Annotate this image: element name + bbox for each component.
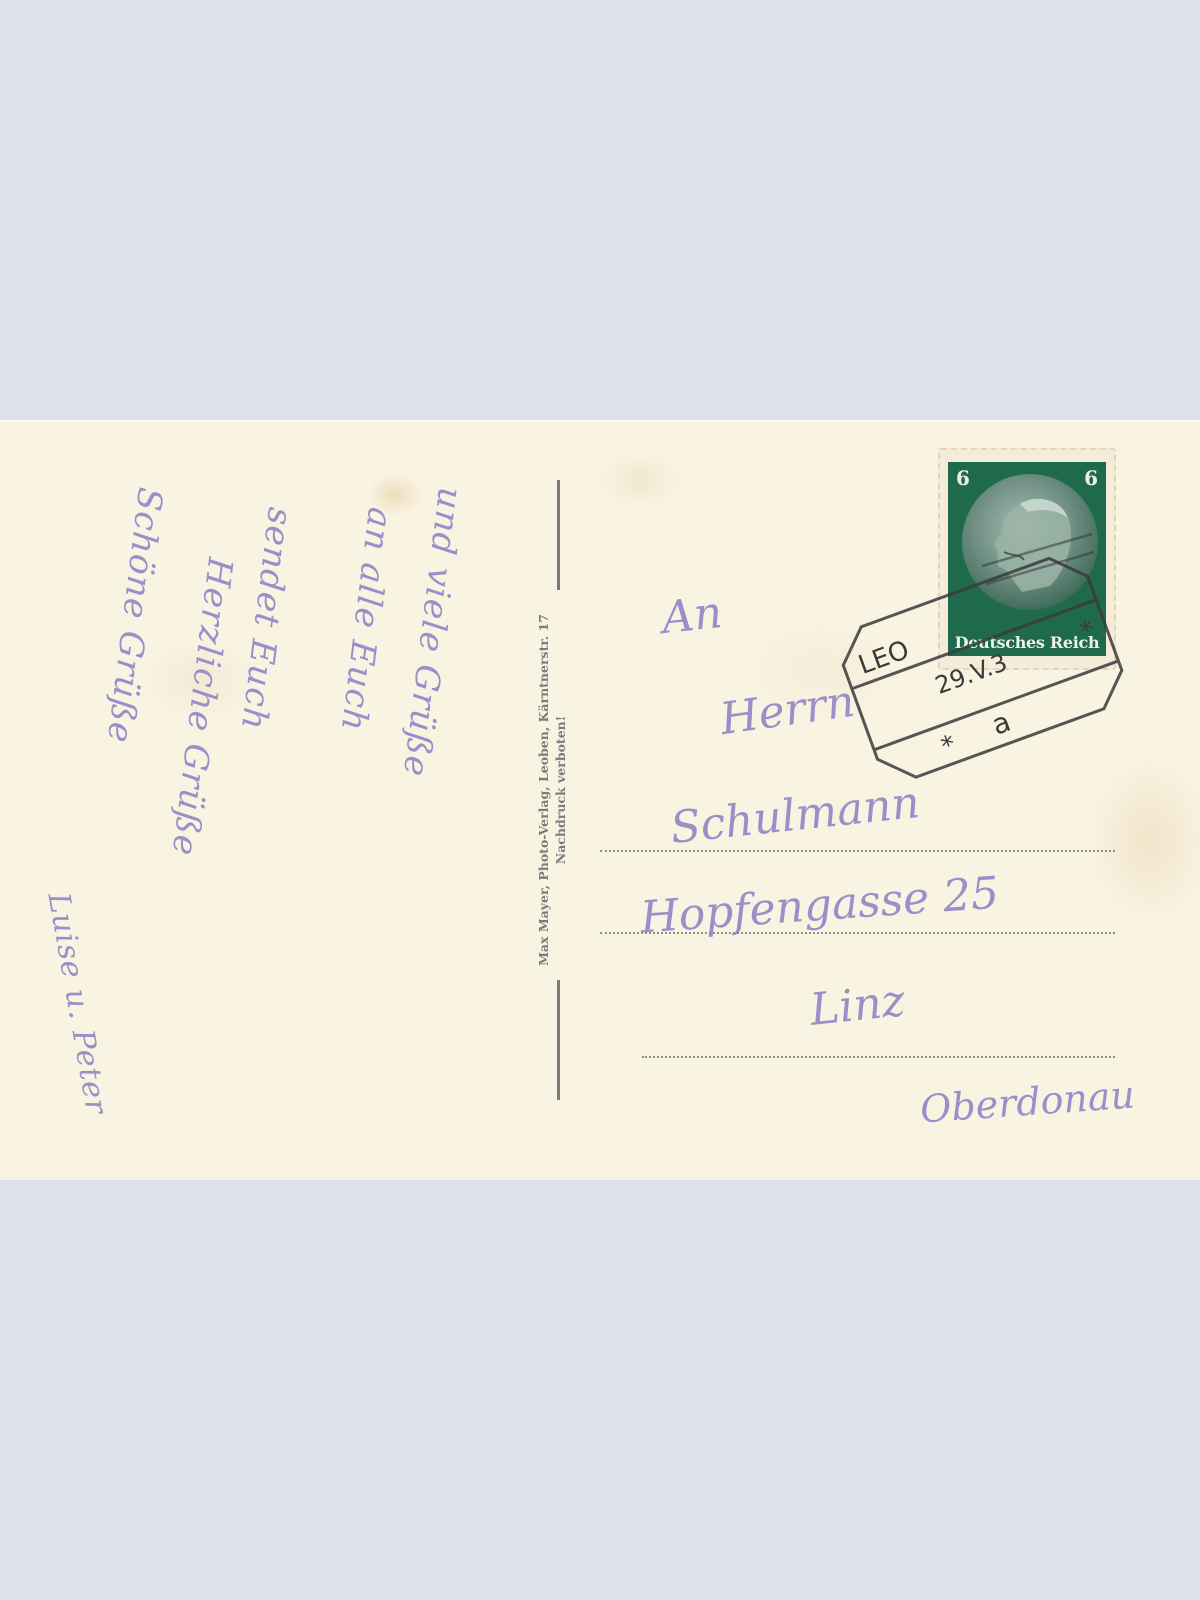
postage-stamp: 6 6 Deutsches Reich bbox=[938, 448, 1116, 670]
imprint-publisher: Max Mayer, Photo-Verlag, Leoben, Kärntne… bbox=[535, 614, 552, 966]
address-title: Herrn bbox=[717, 676, 858, 745]
message-line: Schöne Grüße bbox=[99, 485, 170, 746]
address-city: Linz bbox=[808, 975, 908, 1036]
imprint-divider bbox=[557, 480, 560, 590]
message-line: an alle Euch bbox=[333, 505, 400, 734]
postmark-star-icon: * bbox=[938, 730, 960, 763]
stamp-face: 6 6 Deutsches Reich bbox=[948, 462, 1106, 656]
postcard: Schöne Grüße sendet Euch Herzliche Grüße… bbox=[0, 420, 1200, 1180]
imprint-divider bbox=[557, 980, 560, 1100]
portrait-medallion-icon bbox=[962, 474, 1098, 610]
publisher-imprint: Max Mayer, Photo-Verlag, Leoben, Kärntne… bbox=[527, 480, 577, 1100]
stamp-caption: Deutsches Reich bbox=[948, 633, 1106, 652]
imprint-copyright: Nachdruck verboten! bbox=[552, 614, 569, 966]
message-line: Herzliche Grüße bbox=[164, 555, 240, 858]
postmark-letter: a bbox=[988, 705, 1015, 742]
message-line: sendet Euch bbox=[233, 505, 300, 733]
message-line: und viele Grüße bbox=[395, 485, 470, 779]
address-line bbox=[642, 1056, 1115, 1058]
postmark-town: LEO bbox=[855, 635, 914, 681]
address-salutation: An bbox=[659, 587, 724, 644]
imprint-text: Max Mayer, Photo-Verlag, Leoben, Kärntne… bbox=[535, 614, 569, 966]
address-name: Schulmann bbox=[668, 777, 922, 854]
signature: Luise u. Peter bbox=[41, 890, 114, 1117]
address-region: Oberdonau bbox=[919, 1073, 1136, 1132]
portrait-icon bbox=[962, 474, 1098, 610]
